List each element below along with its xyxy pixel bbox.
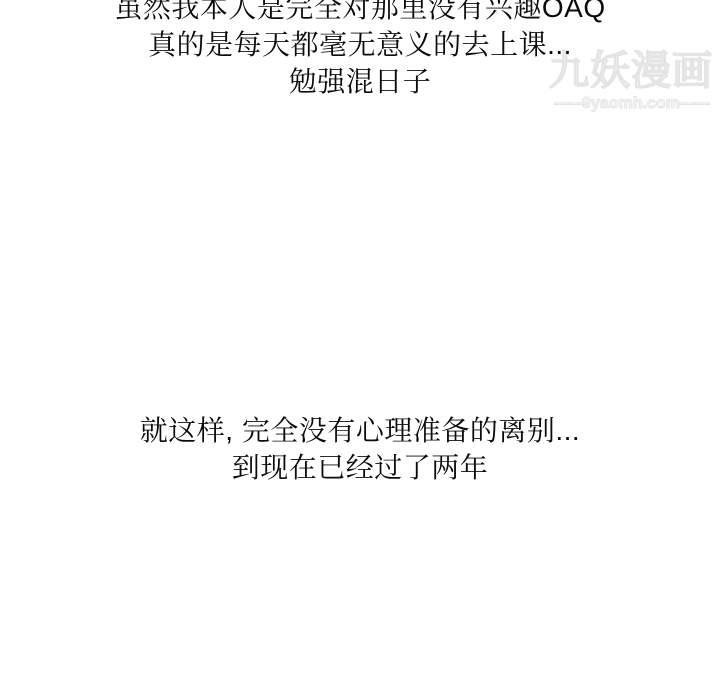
top-caption-line-3: 勉强混日子 <box>0 63 720 100</box>
top-caption-line-1: 虽然我本人是完全对那里没有兴趣OAQ <box>0 0 720 26</box>
middle-caption-line-2: 到现在已经过了两年 <box>0 449 720 486</box>
top-caption: 虽然我本人是完全对那里没有兴趣OAQ 真的是每天都毫无意义的去上课... 勉强混… <box>0 0 720 100</box>
middle-caption-line-1: 就这样, 完全没有心理准备的离别... <box>0 412 720 449</box>
top-caption-line-2: 真的是每天都毫无意义的去上课... <box>0 26 720 63</box>
comic-page: 九妖漫画 ——9yaomh.com—— 虽然我本人是完全对那里没有兴趣OAQ 真… <box>0 0 720 700</box>
middle-caption: 就这样, 完全没有心理准备的离别... 到现在已经过了两年 <box>0 412 720 486</box>
